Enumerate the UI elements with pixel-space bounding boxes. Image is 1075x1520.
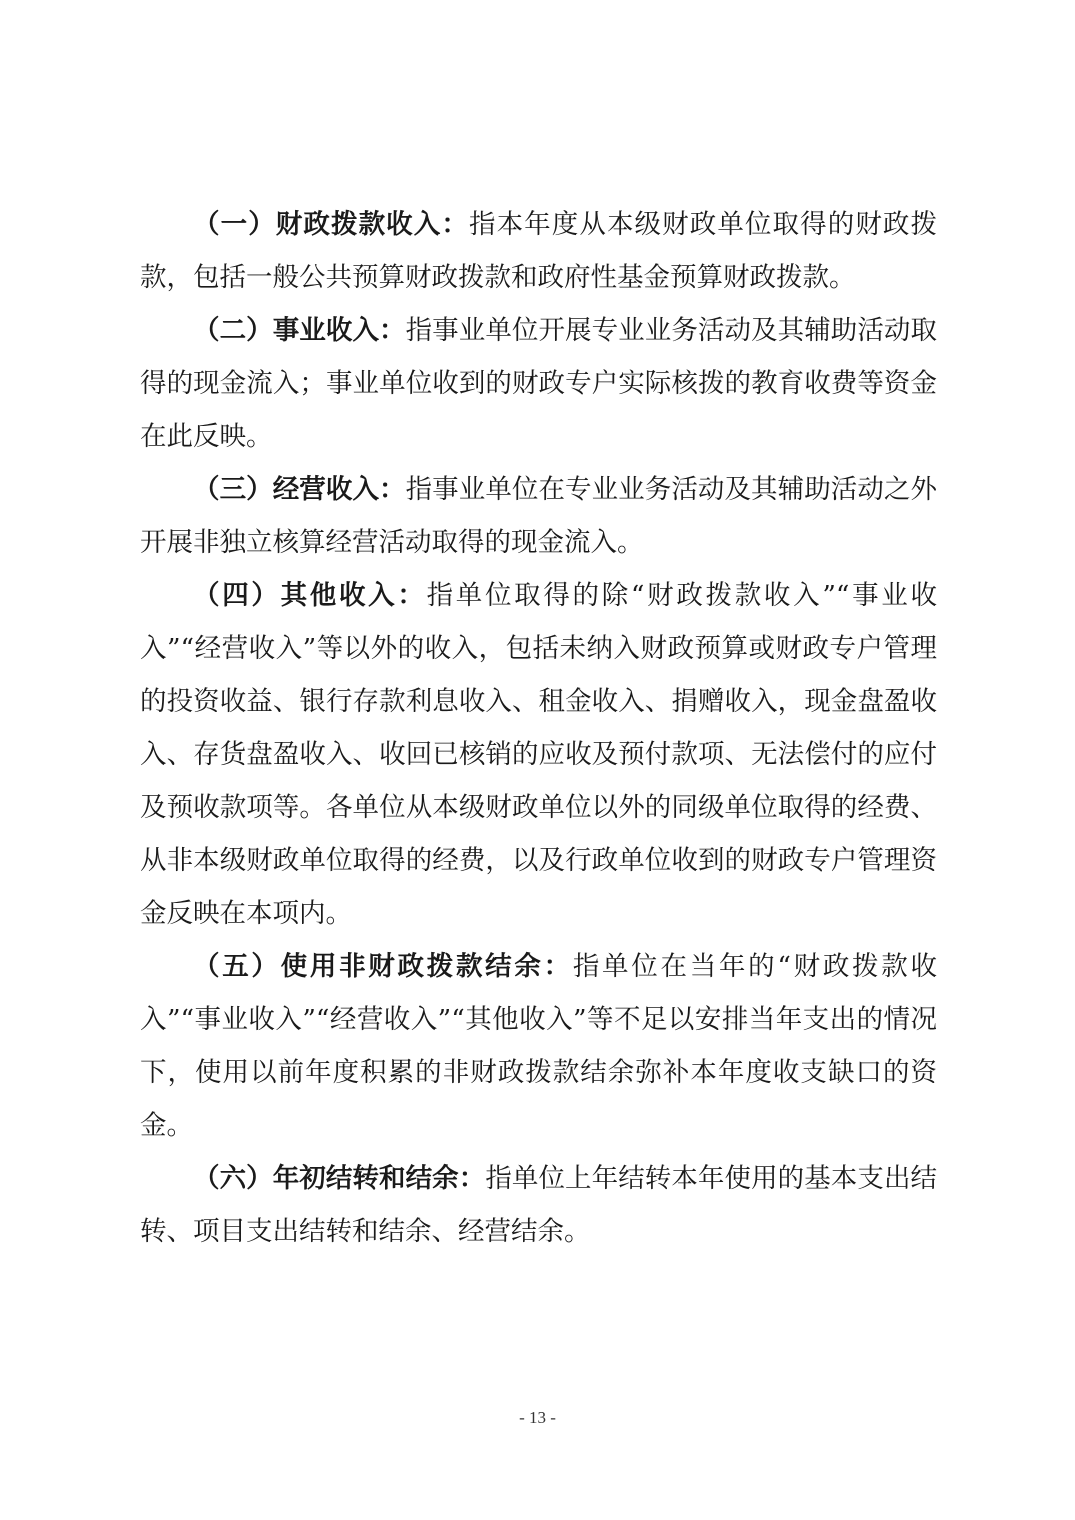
paragraph-business-income: （二）事业收入：指事业单位开展专业业务活动及其辅助活动取得的现金流入；事业单位收… [140,304,937,463]
term-label: （二）事业收入： [193,315,406,346]
paragraph-non-fiscal-balance-usage: （五）使用非财政拨款结余：指单位在当年的“财政拨款收入”“事业收入”“经营收入”… [140,940,937,1152]
term-definition: 指单位取得的除“财政拨款收入”“事业收入”“经营收入”等以外的收入，包括未纳入财… [140,580,937,929]
paragraph-beginning-carryover: （六）年初结转和结余：指单位上年结转本年使用的基本支出结转、项目支出结转和结余、… [140,1152,937,1258]
paragraph-operating-income: （三）经营收入：指事业单位在专业业务活动及其辅助活动之外开展非独立核算经营活动取… [140,463,937,569]
document-page: （一）财政拨款收入：指本年度从本级财政单位取得的财政拨款，包括一般公共预算财政拨… [0,0,1075,1520]
term-label: （一）财政拨款收入： [193,209,469,240]
term-label: （五）使用非财政拨款结余： [193,951,573,982]
page-number: - 13 - [0,1408,1075,1428]
paragraph-other-income: （四）其他收入：指单位取得的除“财政拨款收入”“事业收入”“经营收入”等以外的收… [140,569,937,940]
term-label: （三）经营收入： [193,474,406,505]
body-text: （一）财政拨款收入：指本年度从本级财政单位取得的财政拨款，包括一般公共预算财政拨… [140,198,937,1258]
paragraph-fiscal-appropriation-income: （一）财政拨款收入：指本年度从本级财政单位取得的财政拨款，包括一般公共预算财政拨… [140,198,937,304]
term-label: （四）其他收入： [193,580,427,611]
term-label: （六）年初结转和结余： [193,1163,485,1194]
